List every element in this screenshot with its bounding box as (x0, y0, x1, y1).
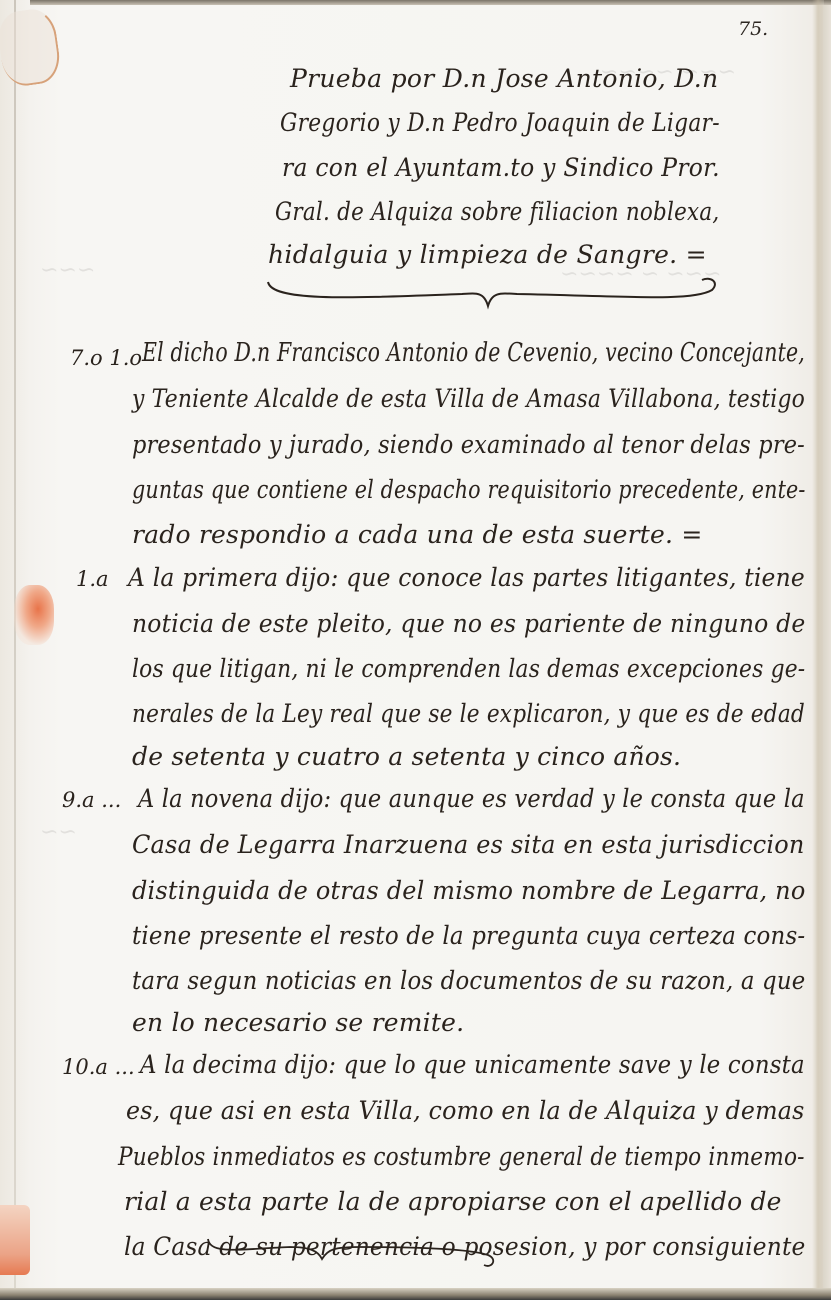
answer-label: 10.a ... (62, 1055, 135, 1079)
body-line: de setenta y cuatro a setenta y cinco añ… (132, 742, 681, 771)
body-line: nerales de la Ley real que se le explica… (132, 699, 805, 728)
rust-stain-bottom (0, 1205, 30, 1275)
answer-label: 1.a (76, 567, 109, 591)
body-line: presentado y jurado, siendo examinado al… (132, 430, 805, 459)
body-line: en lo necesario se remite. (132, 1008, 464, 1037)
body-line: Pueblos inmediatos es costumbre general … (118, 1142, 805, 1171)
bleed-through-mark: ~~~ (40, 258, 95, 283)
body-line: los que litigan, ni le comprenden las de… (132, 654, 805, 683)
page-right-fold (812, 0, 824, 1290)
bleed-through-mark: ~~ (40, 820, 77, 845)
body-line: tara segun noticias en los documentos de… (132, 966, 805, 995)
body-line: y Teniente Alcalde de esta Villa de Amas… (132, 384, 805, 413)
manuscript-page: ~~~ ~~~~ ~~~ ~~~ ~ ~~~~ ~~ 75. Prueba po… (0, 0, 831, 1300)
flourish-brace-icon (262, 262, 722, 312)
witness-number-label: 7.o 1.o (70, 346, 142, 370)
body-line: A la primera dijo: que conoce las partes… (128, 563, 805, 592)
body-line: guntas que contiene el despacho requisit… (132, 475, 806, 504)
body-line: rado respondio a cada una de esta suerte… (132, 520, 702, 549)
rust-stain-middle (14, 585, 54, 645)
heading-line: Prueba por D.n Jose Antonio, D.n (290, 64, 718, 93)
body-line: es, que asi en esta Villa, como en la de… (126, 1096, 804, 1125)
water-stain-top (0, 6, 63, 88)
heading-line: Gral. de Alquiza sobre filiacion noblexa… (275, 197, 719, 226)
body-line: El dicho D.n Francisco Antonio de Ceveni… (142, 338, 805, 368)
heading-line: ra con el Ayuntam.to y Sindico Pror. (282, 153, 720, 182)
body-line: noticia de este pleito, que no es parien… (132, 609, 805, 638)
body-line: Casa de Legarra Inarzuena es sita en est… (132, 830, 805, 859)
body-line: rial a esta parte la de apropiarse con e… (124, 1187, 782, 1216)
body-line: tiene presente el resto de la pregunta c… (132, 921, 805, 950)
body-line: distinguida de otras del mismo nombre de… (132, 876, 805, 905)
closing-flourish-icon (200, 1225, 580, 1275)
body-line: A la novena dijo: que aunque es verdad y… (138, 784, 805, 813)
heading-line: Gregorio y D.n Pedro Joaquin de Ligar- (280, 108, 720, 137)
folio-number: 75. (738, 18, 768, 40)
page-top-edge (30, 0, 831, 5)
page-bottom-edge (0, 1288, 831, 1300)
answer-label: 9.a ... (62, 788, 121, 812)
body-line: A la decima dijo: que lo que unicamente … (140, 1050, 805, 1079)
binding-gutter (14, 0, 16, 1300)
